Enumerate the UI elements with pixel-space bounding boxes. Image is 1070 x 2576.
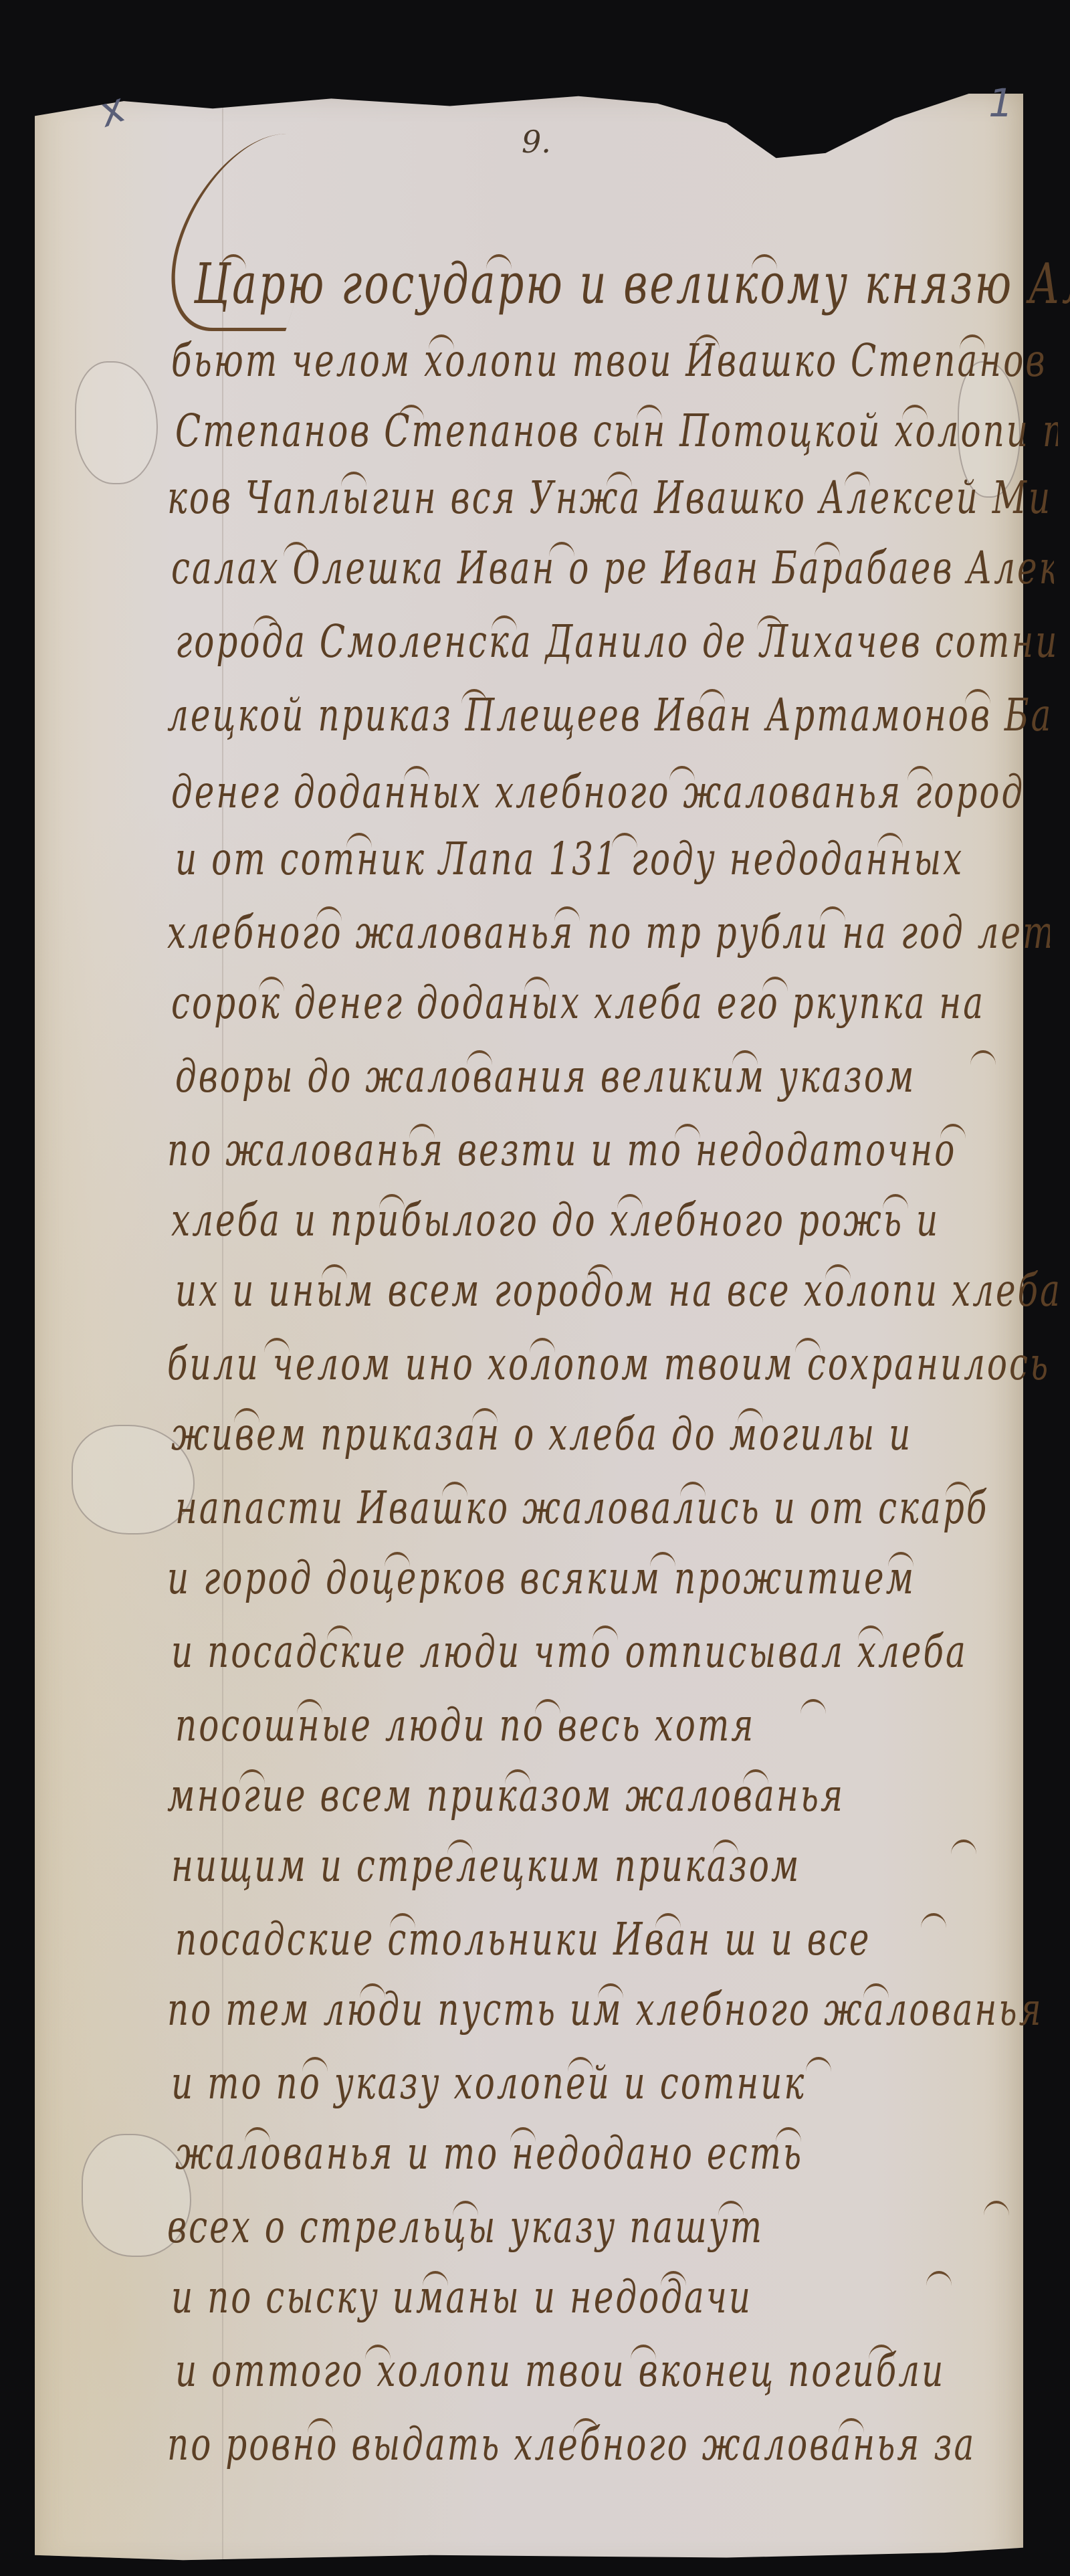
ascender-stroke (675, 1124, 700, 1153)
ascender-stroke (795, 1338, 821, 1367)
manuscript-line: сорок денег доданых хлеба его ркупка на (171, 977, 1054, 1029)
ascender-stroke (815, 542, 840, 571)
ascender-stroke (530, 1338, 555, 1367)
manuscript-line: били челом ино холопом твоим сохранилось… (167, 1338, 1050, 1390)
ascender-stroke (573, 2418, 599, 2448)
ascender-stroke (680, 1482, 706, 1511)
ascender-stroke (946, 1482, 971, 1511)
ascender-stroke (738, 1408, 763, 1438)
ascender-stroke (554, 906, 580, 936)
ascender-stroke (316, 906, 342, 936)
ascender-stroke (467, 1050, 492, 1080)
ascender-stroke (845, 472, 870, 501)
ascender-stroke (970, 1050, 996, 1080)
ascender-stroke (869, 2345, 894, 2374)
ascender-stroke (447, 1840, 473, 1869)
ascender-stroke (404, 766, 429, 795)
ascender-stroke (322, 1264, 347, 1294)
ascender-stroke (752, 254, 777, 284)
manuscript-line: многие всем приказом жалованья (167, 1769, 1050, 1821)
manuscript-line: и город доцерков всяким прожитием (167, 1552, 1050, 1604)
ascender-stroke (409, 1124, 435, 1153)
ascender-stroke (757, 615, 782, 645)
manuscript-line: хлебного жалованья по тр рубли на год ле… (167, 906, 1050, 959)
manuscript-line: нищим и стрелецким приказом (171, 1840, 1054, 1892)
ascender-stroke (984, 2201, 1009, 2230)
ascender-stroke (694, 334, 720, 364)
ascender-stroke (732, 1050, 758, 1080)
ascender-stroke (385, 1552, 410, 1581)
manuscript-line: лецкой приказ Плещеев Иван Артамонов Бар… (167, 689, 1050, 741)
ascender-stroke (762, 977, 788, 1006)
ascender-stroke (631, 2345, 656, 2374)
ascender-stroke (453, 2201, 478, 2230)
ascender-stroke (264, 1338, 290, 1367)
ascender-stroke (472, 1408, 498, 1438)
ascender-stroke (390, 1913, 415, 1943)
ascender-stroke (365, 2345, 391, 2374)
ascender-stroke (341, 472, 366, 501)
ascender-stroke (661, 2271, 686, 2300)
manuscript-sheet (35, 94, 1023, 2570)
ascender-stroke (863, 1983, 889, 2013)
ascender-stroke (637, 405, 662, 434)
ascender-stroke (399, 405, 424, 434)
manuscript-line: хлеба и прибылого до хлебного рожь и (171, 1194, 1054, 1246)
ascender-stroke (669, 766, 695, 795)
fold-line (222, 94, 223, 2570)
water-stain (75, 361, 158, 484)
ascender-stroke (253, 615, 279, 645)
ascender-stroke (965, 689, 990, 718)
ascender-stroke (612, 833, 637, 862)
ascender-stroke (423, 2271, 448, 2300)
manuscript-line: напасти Ивашко жаловались и от скарб (175, 1482, 1058, 1534)
manuscript-line: по жалованья везти и то недодаточно (167, 1124, 1050, 1176)
ascender-stroke (302, 2057, 328, 2086)
ascender-stroke (308, 2418, 333, 2448)
ascender-stroke (221, 254, 246, 284)
ascender-stroke (327, 1625, 352, 1655)
ascender-stroke (951, 1840, 976, 1869)
ascender-stroke (492, 615, 517, 645)
ascender-stroke (510, 2127, 536, 2157)
ascender-stroke (587, 1264, 613, 1294)
folio-number: 1 (988, 80, 1013, 126)
ascender-stroke (921, 1913, 946, 1943)
ascender-stroke (839, 2418, 864, 2448)
ascender-stroke (877, 833, 903, 862)
ascender-stroke (617, 1194, 643, 1223)
ascender-stroke (960, 334, 985, 364)
ascender-stroke (713, 1840, 738, 1869)
ascender-stroke (568, 2057, 593, 2086)
ascender-stroke (593, 1625, 618, 1655)
ascender-stroke (718, 2201, 744, 2230)
manuscript-line: их и иным всем городом на все холопи хле… (175, 1264, 1058, 1316)
ascender-stroke (598, 1983, 623, 2013)
ascender-stroke (297, 1699, 322, 1728)
ascender-stroke (907, 766, 933, 795)
ascender-stroke (700, 689, 725, 718)
ascender-stroke (284, 542, 309, 571)
ascender-stroke (820, 906, 845, 936)
ascender-stroke (806, 2057, 831, 2086)
ascender-stroke (926, 2271, 952, 2300)
ascender-stroke (346, 833, 372, 862)
manuscript-line: города Смоленска Данило де Лихачев сотни… (175, 615, 1058, 668)
ascender-stroke (776, 2127, 801, 2157)
ascender-stroke (505, 1769, 530, 1799)
ascender-stroke (883, 1194, 908, 1223)
ascender-stroke (858, 1625, 883, 1655)
ascender-stroke (442, 1482, 467, 1511)
ascender-stroke (902, 405, 928, 434)
manuscript-line: дворы до жалования великим указом (175, 1050, 1058, 1102)
ascender-stroke (743, 1769, 768, 1799)
ascender-stroke (239, 1769, 265, 1799)
ascender-stroke (825, 1264, 851, 1294)
ascender-stroke (650, 1552, 675, 1581)
ascender-stroke (245, 2127, 270, 2157)
ascender-stroke (524, 977, 550, 1006)
ascender-stroke (360, 1983, 385, 2013)
manuscript-line: бьют челом холопи твои Ивашко Степанов с… (171, 334, 1054, 387)
ascender-stroke (549, 542, 574, 571)
ascender-stroke (655, 1913, 681, 1943)
ascender-stroke (429, 334, 454, 364)
manuscript-line: по ровно выдать хлебного жалованья за (167, 2418, 1050, 2470)
ascender-stroke (234, 1408, 259, 1438)
ascender-stroke (461, 689, 487, 718)
ascender-stroke (800, 1699, 826, 1728)
manuscript-line: жалованья и то недодано есть (175, 2127, 1058, 2179)
manuscript-line: живем приказан о хлеба до могилы и (171, 1408, 1054, 1460)
ascender-stroke (259, 977, 284, 1006)
manuscript-line: и оттого холопи твои вконец погибли (175, 2345, 1058, 2397)
ascender-stroke (486, 254, 512, 284)
ascender-stroke (379, 1194, 405, 1223)
manuscript-line: и по сыску иманы и недодачи (171, 2271, 1054, 2323)
manuscript-line: всех о стрельцы указу пашут (167, 2201, 1050, 2253)
manuscript-line: Царю государю и великому князю Алексею М… (194, 250, 1070, 316)
ascender-stroke (607, 472, 632, 501)
ascender-stroke (888, 1552, 914, 1581)
ascender-stroke (535, 1699, 560, 1728)
page-number: 9. (522, 124, 551, 160)
ascender-stroke (940, 1124, 966, 1153)
